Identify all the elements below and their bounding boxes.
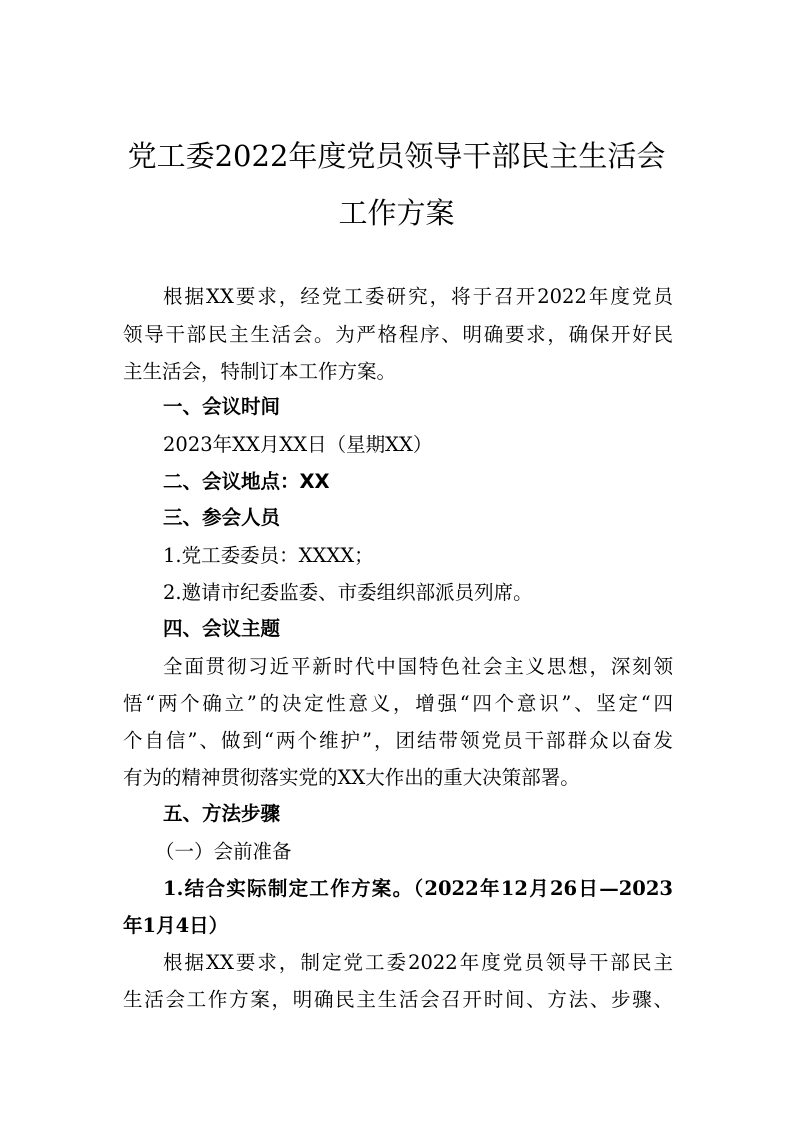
section1-heading: 一、会议时间 bbox=[163, 392, 673, 422]
document-page: 党工委2022年度党员领导干部民主生活会 工作方案 根据XX要求，经党工委研究，… bbox=[0, 0, 793, 1122]
section3-item2: 2.邀请市纪委监委、市委组织部派员列席。 bbox=[163, 578, 673, 608]
section4-line4: 有为的精神贯彻落实党的XX大作出的重大决策部署。 bbox=[123, 763, 673, 793]
section5-subheading1: （一）会前准备 bbox=[155, 837, 705, 867]
intro-paragraph-line3: 主生活会，特制订本工作方案。 bbox=[123, 357, 673, 387]
step1-title-line1: 1.结合实际制定工作方案。（2022年12月26日—2023 bbox=[163, 874, 673, 904]
section4-line2: 悟“两个确立”的决定性意义，增强“四个意识”、坚定“四 bbox=[123, 689, 673, 719]
step1-body-line1: 根据XX要求，制定党工委2022年度党员领导干部民主 bbox=[163, 948, 673, 978]
section3-item1: 1.党工委委员：XXXX； bbox=[163, 541, 673, 571]
step1-body-line2: 生活会工作方案，明确民主生活会召开时间、方法、步骤、 bbox=[123, 985, 673, 1015]
section4-line3: 个自信”、做到“两个维护”，团结带领党员干部群众以奋发 bbox=[123, 726, 673, 756]
intro-paragraph-line2: 领导干部民主生活会。为严格程序、明确要求，确保开好民 bbox=[123, 320, 673, 350]
step1-title-line2: 年1月4日） bbox=[123, 911, 673, 941]
intro-paragraph-line1: 根据XX要求，经党工委研究，将于召开2022年度党员 bbox=[163, 282, 673, 312]
section1-content: 2023年XX月XX日（星期XX） bbox=[163, 430, 673, 460]
document-title-line2: 工作方案 bbox=[0, 195, 793, 231]
document-title-line1: 党工委2022年度党员领导干部民主生活会 bbox=[0, 138, 793, 174]
section5-heading: 五、方法步骤 bbox=[163, 799, 673, 829]
section4-heading: 四、会议主题 bbox=[163, 614, 673, 644]
section4-line1: 全面贯彻习近平新时代中国特色社会主义思想，深刻领 bbox=[163, 652, 673, 682]
section2-heading: 二、会议地点：XX bbox=[163, 467, 673, 497]
section3-heading: 三、参会人员 bbox=[163, 503, 673, 533]
